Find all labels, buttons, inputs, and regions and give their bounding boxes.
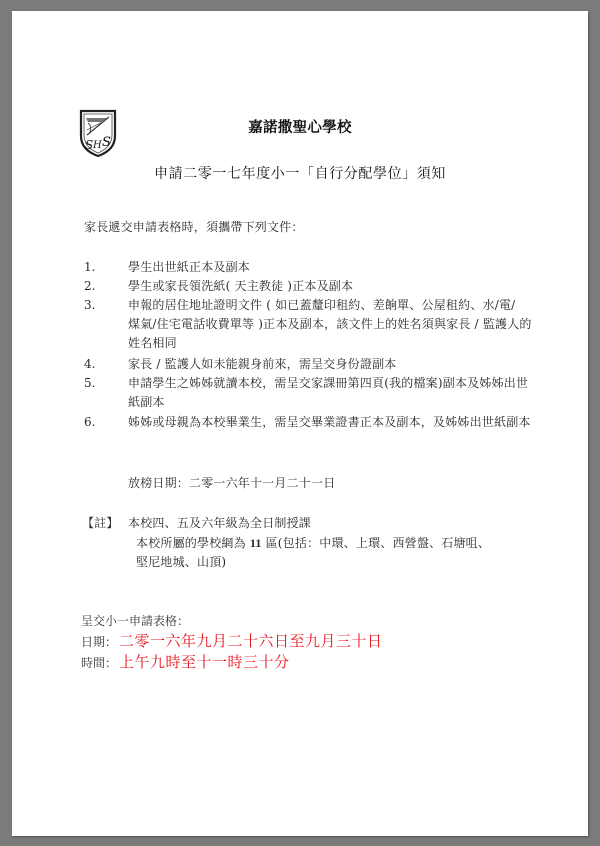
release-date: 放榜日期：二零一六年十一月二十一日	[128, 474, 335, 491]
item-text: 學生出世紙正本及副本	[128, 258, 548, 277]
item-text: 家長 / 監護人如未能親身前來，需呈交身份證副本	[128, 355, 548, 374]
item-number: 5.	[84, 376, 95, 390]
submission-time-value: 上午九時至十一時三十分	[119, 651, 290, 672]
submission-date-value: 二零一六年九月二十六日至九月三十日	[119, 630, 383, 651]
note-line: 堅尼地城、山頂)	[136, 553, 226, 570]
item-number: 2.	[84, 279, 95, 293]
item-text-line: 姓名相同	[128, 334, 548, 353]
item-text-line: 申請學生之姊姊就讀本校，需呈交家課冊第四頁(我的檔案)副本及姊姊出世	[128, 374, 548, 393]
note-line: 本校四、五及六年級為全日制授課	[128, 514, 311, 531]
item-text-line: 申報的居住地址證明文件 ( 如已蓋釐印租約、差餉單、公屋租約、水/電/	[128, 296, 548, 315]
intro-text: 家長遞交申請表格時，須攜帶下列文件：	[84, 218, 304, 235]
notice-heading: 申請二零一七年度小一「自行分配學位」須知	[12, 163, 588, 183]
item-number: 1.	[84, 260, 95, 274]
item-number: 4.	[84, 357, 95, 371]
svg-text:S: S	[102, 135, 111, 150]
note-text: 區(包括：中環、上環、西營盤、石塘咀、	[262, 536, 491, 550]
item-number: 6.	[84, 415, 95, 429]
item-number: 3.	[84, 298, 95, 312]
submission-time-label: 時間：	[81, 654, 117, 671]
item-text: 姊姊或母親為本校畢業生，需呈交畢業證書正本及副本，及姊姊出世紙副本	[128, 413, 548, 432]
note-line: 本校所屬的學校網為 11 區(包括：中環、上環、西營盤、石塘咀、	[136, 534, 490, 551]
item-text-line: 紙副本	[128, 393, 548, 412]
submission-date-label: 日期：	[81, 633, 117, 650]
item-text: 學生或家長領洗紙( 天主教徒 )正本及副本	[128, 277, 548, 296]
school-net-number: 11	[250, 536, 262, 550]
note-text: 本校所屬的學校網為	[136, 536, 250, 550]
school-name: 嘉諾撒聖心學校	[12, 116, 588, 137]
svg-text:H: H	[92, 140, 102, 151]
document-page: S H S 嘉諾撒聖心學校 申請二零一七年度小一「自行分配學位」須知 家長遞交申…	[12, 11, 588, 836]
note-label: 【註】	[82, 514, 119, 531]
svg-text:S: S	[85, 138, 93, 152]
item-text-line: 煤氣/住宅電話收費單等 )正本及副本，該文件上的姓名須與家長 / 監護人的	[128, 315, 548, 334]
submission-title: 呈交小一申請表格：	[81, 612, 189, 629]
